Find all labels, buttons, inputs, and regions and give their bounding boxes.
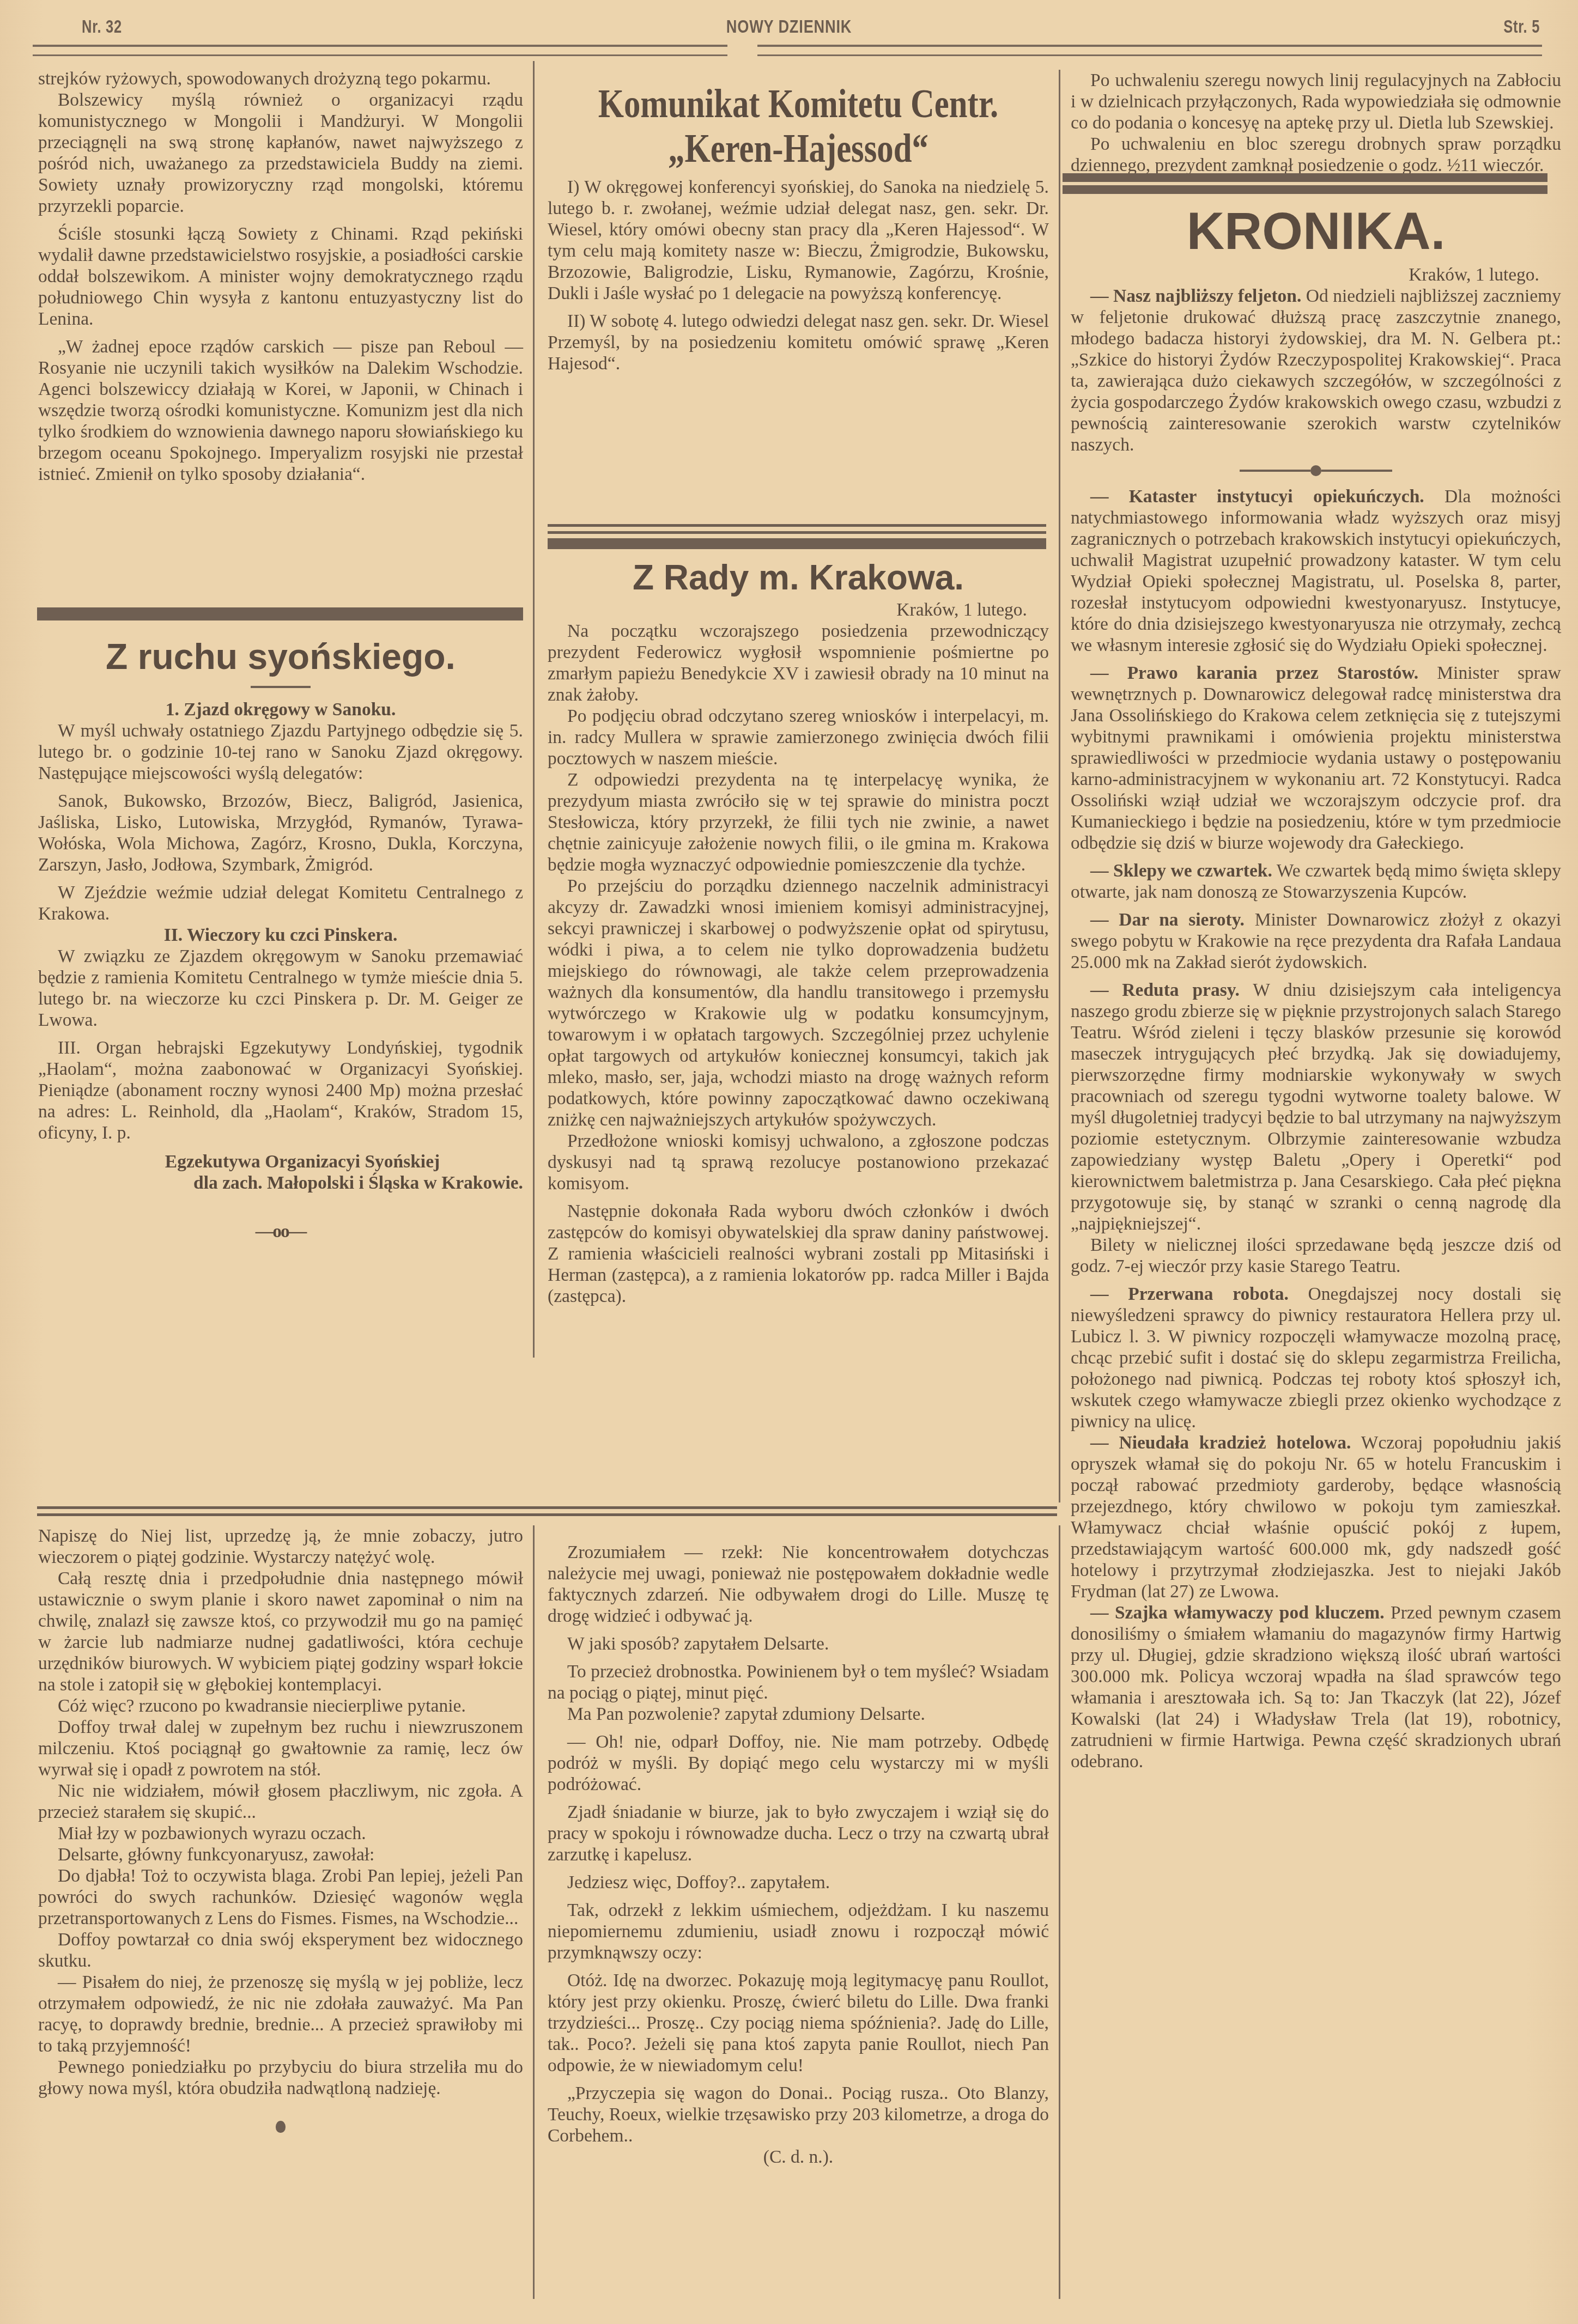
item-title: — Prawo karania przez Starostów. — [1090, 663, 1418, 683]
paragraph: „W żadnej epoce rządów carskich — pisze … — [38, 336, 523, 485]
paragraph: — Pisałem do niej, że przenoszę się myśl… — [38, 1972, 523, 2057]
headline: „Keren-Hajessod“ — [593, 126, 1004, 171]
paragraph: Sanok, Bukowsko, Brzozów, Biecz, Baligró… — [38, 790, 523, 875]
paragraph: — Oh! nie, odparł Doffoy, nie. Nie mam p… — [548, 1731, 1049, 1795]
paragraph: I) W okręgowej konferencyi syońskiej, do… — [548, 177, 1049, 304]
column-divider — [533, 1525, 535, 2299]
paragraph: Cóż więc? rzucono po kwadransie niecierp… — [38, 1695, 523, 1717]
paragraph: Doffoy trwał dalej w zupełnym bez ruchu … — [38, 1717, 523, 1780]
section-double-rule — [548, 524, 1046, 534]
paragraph: Ściśle stosunki łączą Sowiety z Chinami.… — [38, 223, 523, 330]
issue-number: Nr. 32 — [82, 16, 122, 38]
article-keren-hajessod: Komunikat Komitetu Centr. „Keren-Hajesso… — [548, 82, 1049, 374]
article-council-continuation: Po uchwaleniu szeregu nowych linij regul… — [1071, 70, 1561, 176]
section-bar — [548, 538, 1046, 549]
headline: Z ruchu syońskiego. — [38, 635, 523, 678]
item-text: Dla możności natychmiastowego informowan… — [1071, 486, 1561, 655]
running-header: Nr. 32 NOWY DZIENNIK Str. 5 — [27, 16, 1551, 44]
paragraph: Otóż. Idę na dworzec. Pokazuję moją legi… — [548, 1970, 1049, 2076]
item-title: — Sklepy we czwartek. — [1090, 861, 1272, 881]
paragraph: Jedziesz więc, Doffoy?.. zapytałem. — [548, 1872, 1049, 1893]
paragraph: Na początku wczorajszego posiedzenia prz… — [548, 620, 1049, 705]
paragraph: Z odpowiedzi prezydenta na tę interpelac… — [548, 769, 1049, 875]
article-zionist-movement: Z ruchu syońskiego. 1. Zjazd okręgowy w … — [38, 635, 523, 1242]
paragraph: Zjadł śniadanie w biurze, jak to było zw… — [548, 1802, 1049, 1865]
paragraph: strejków ryżowych, spowodowanych drożyzn… — [38, 68, 523, 89]
section-bar — [1063, 173, 1547, 182]
news-item: — Sklepy we czwartek. We czwartek będą m… — [1071, 860, 1561, 903]
item-text: W dniu dzisiejszym cała inteligencya nas… — [1071, 980, 1561, 1234]
paragraph: Miał łzy w pozbawionych wyrazu oczach. — [38, 1823, 523, 1844]
section-bar — [1063, 185, 1547, 194]
to-be-continued: (C. d. n.). — [548, 2146, 1049, 2168]
paragraph: „Przyczepia się wagon do Donai.. Pociąg … — [548, 2083, 1049, 2146]
paragraph: II) W sobotę 4. lutego odwiedzi delegat … — [548, 311, 1049, 374]
item-text: Przed pewnym czasem donosiliśmy o śmiałe… — [1071, 1603, 1561, 1772]
headline: Z Rady m. Krakowa. — [548, 556, 1049, 599]
header-rule-left — [33, 45, 727, 56]
news-item: — Dar na sieroty. Minister Downarowicz z… — [1071, 909, 1561, 973]
news-item: — Reduta prasy. W dniu dzisiejszym cała … — [1071, 980, 1561, 1234]
column-divider — [533, 61, 535, 1358]
paragraph: W myśl uchwały ostatniego Zjazdu Partyjn… — [38, 720, 523, 784]
newspaper-page: Nr. 32 NOWY DZIENNIK Str. 5 strejków ryż… — [0, 0, 1578, 2324]
ornament: —oo— — [38, 1221, 523, 1242]
paragraph: Nic nie widziałem, mówił głosem płaczliw… — [38, 1780, 523, 1823]
paragraph: Do djabła! Toż to oczywista blaga. Zrobi… — [38, 1865, 523, 1929]
paragraph: Po podjęciu obrad odczytano szereg wnios… — [548, 705, 1049, 769]
news-item: — Nieudała kradzież hotelowa. Wczoraj po… — [1071, 1432, 1561, 1602]
paragraph: Pewnego poniedziałku po przybyciu do biu… — [38, 2057, 523, 2099]
item-text: Od niedzieli najbliższej zaczniemy w fel… — [1071, 286, 1561, 455]
article-far-east: strejków ryżowych, spowodowanych drożyzn… — [38, 68, 523, 485]
headline: Komunikat Komitetu Centr. — [593, 82, 1004, 126]
paragraph: Następnie dokonała Rada wyboru dwóch czł… — [548, 1201, 1049, 1307]
paragraph: Przedłożone wnioski komisyj uchwalono, a… — [548, 1130, 1049, 1194]
signature: dla zach. Małopolski i Śląska w Krakowie… — [38, 1172, 523, 1194]
paragraph: Tak, odrzekł z lekkim uśmiechem, odjeżdż… — [548, 1900, 1049, 1963]
header-rule-right — [757, 45, 1542, 56]
item-title: — Reduta prasy. — [1090, 980, 1240, 1000]
paragraph: Ma Pan pozwolenie? zapytał zdumiony Dels… — [548, 1704, 1049, 1725]
news-item: Bilety w nielicznej ilości sprzedawane b… — [1071, 1234, 1561, 1277]
news-item: — Szajka włamywaczy pod kluczem. Przed p… — [1071, 1602, 1561, 1772]
signature: Egzekutywa Organizacyi Syońskiej — [38, 1151, 523, 1172]
paragraph: III. Organ hebrajski Egzekutywy Londyńsk… — [38, 1037, 523, 1143]
ornament-divider — [1071, 465, 1561, 476]
short-rule — [251, 686, 311, 688]
paragraph: W Zjeździe weźmie udział delegat Komitet… — [38, 882, 523, 924]
feuilleton-col-1: Napiszę do Niej list, uprzedzę ją, że mn… — [38, 1525, 523, 2133]
item-title: — Nasz najbliższy feljeton. — [1090, 286, 1301, 306]
article-kronika: KRONIKA. Kraków, 1 lutego. — Nasz najbli… — [1071, 199, 1561, 1772]
item-text: Bilety w nielicznej ilości sprzedawane b… — [1071, 1235, 1561, 1276]
feuilleton-rule — [37, 1506, 1057, 1516]
section-bar — [37, 607, 523, 620]
item-text: Minister spraw wewnętrznych p. Downarowi… — [1071, 663, 1561, 853]
paragraph: Po przejściu do porządku dziennego nacze… — [548, 875, 1049, 1130]
newspaper-title: NOWY DZIENNIK — [180, 16, 1399, 38]
paragraph: Bolszewicy myślą również o organizacyi r… — [38, 89, 523, 217]
item-title: — Nieudała kradzież hotelowa. — [1090, 1433, 1351, 1453]
paragraph: Po uchwaleniu en bloc szeregu drobnych s… — [1071, 133, 1561, 176]
paragraph: To przecież drobnostka. Powinienem był o… — [548, 1661, 1049, 1704]
dateline: Kraków, 1 lutego. — [548, 599, 1049, 620]
news-item: — Prawo karania przez Starostów. Ministe… — [1071, 662, 1561, 854]
item-title: — Kataster instytucyi opiekuńczych. — [1090, 486, 1424, 507]
paragraph: W związku ze Zjazdem okręgowym w Sanoku … — [38, 946, 523, 1031]
paragraph: W jaki sposób? zapytałem Delsarte. — [548, 1633, 1049, 1654]
feuilleton-col-2: Zrozumiałem — rzekł: Nie koncentrowałem … — [548, 1542, 1049, 2168]
item-title: — Szajka włamywaczy pod kluczem. — [1090, 1603, 1385, 1623]
item-text: Wczoraj popołudniu jakiś opryszek włamał… — [1071, 1433, 1561, 1602]
dateline: Kraków, 1 lutego. — [1071, 264, 1561, 285]
subheading: 1. Zjazd okręgowy w Sanoku. — [38, 699, 523, 720]
page-number: Str. 5 — [1503, 16, 1540, 38]
column-divider — [1059, 1525, 1060, 2299]
news-item: — Kataster instytucyi opiekuńczych. Dla … — [1071, 486, 1561, 656]
headline: KRONIKA. — [1071, 199, 1561, 264]
paragraph: Po uchwaleniu szeregu nowych linij regul… — [1071, 70, 1561, 133]
item-title: — Przerwana robota. — [1090, 1284, 1289, 1304]
paragraph: Doffoy powtarzał co dnia swój eksperymen… — [38, 1929, 523, 1972]
paragraph: Całą resztę dnia i przedpołudnie dnia na… — [38, 1568, 523, 1695]
news-item: — Nasz najbliższy feljeton. Od niedzieli… — [1071, 285, 1561, 455]
paragraph: Napiszę do Niej list, uprzedzę ją, że mn… — [38, 1525, 523, 1568]
subheading: II. Wieczory ku czci Pinskera. — [38, 924, 523, 946]
paragraph: Zrozumiałem — rzekł: Nie koncentrowałem … — [548, 1542, 1049, 1627]
column-divider — [1059, 70, 1060, 1502]
ornament-blob — [276, 2121, 286, 2133]
item-text: Onegdajszej nocy dostali się niewyśledze… — [1071, 1284, 1561, 1432]
article-city-council: Z Rady m. Krakowa. Kraków, 1 lutego. Na … — [548, 556, 1049, 1307]
news-item: — Przerwana robota. Onegdajszej nocy dos… — [1071, 1283, 1561, 1432]
paragraph: Delsarte, główny funkcyonaryusz, zawołał… — [38, 1844, 523, 1865]
item-title: — Dar na sieroty. — [1090, 910, 1245, 930]
